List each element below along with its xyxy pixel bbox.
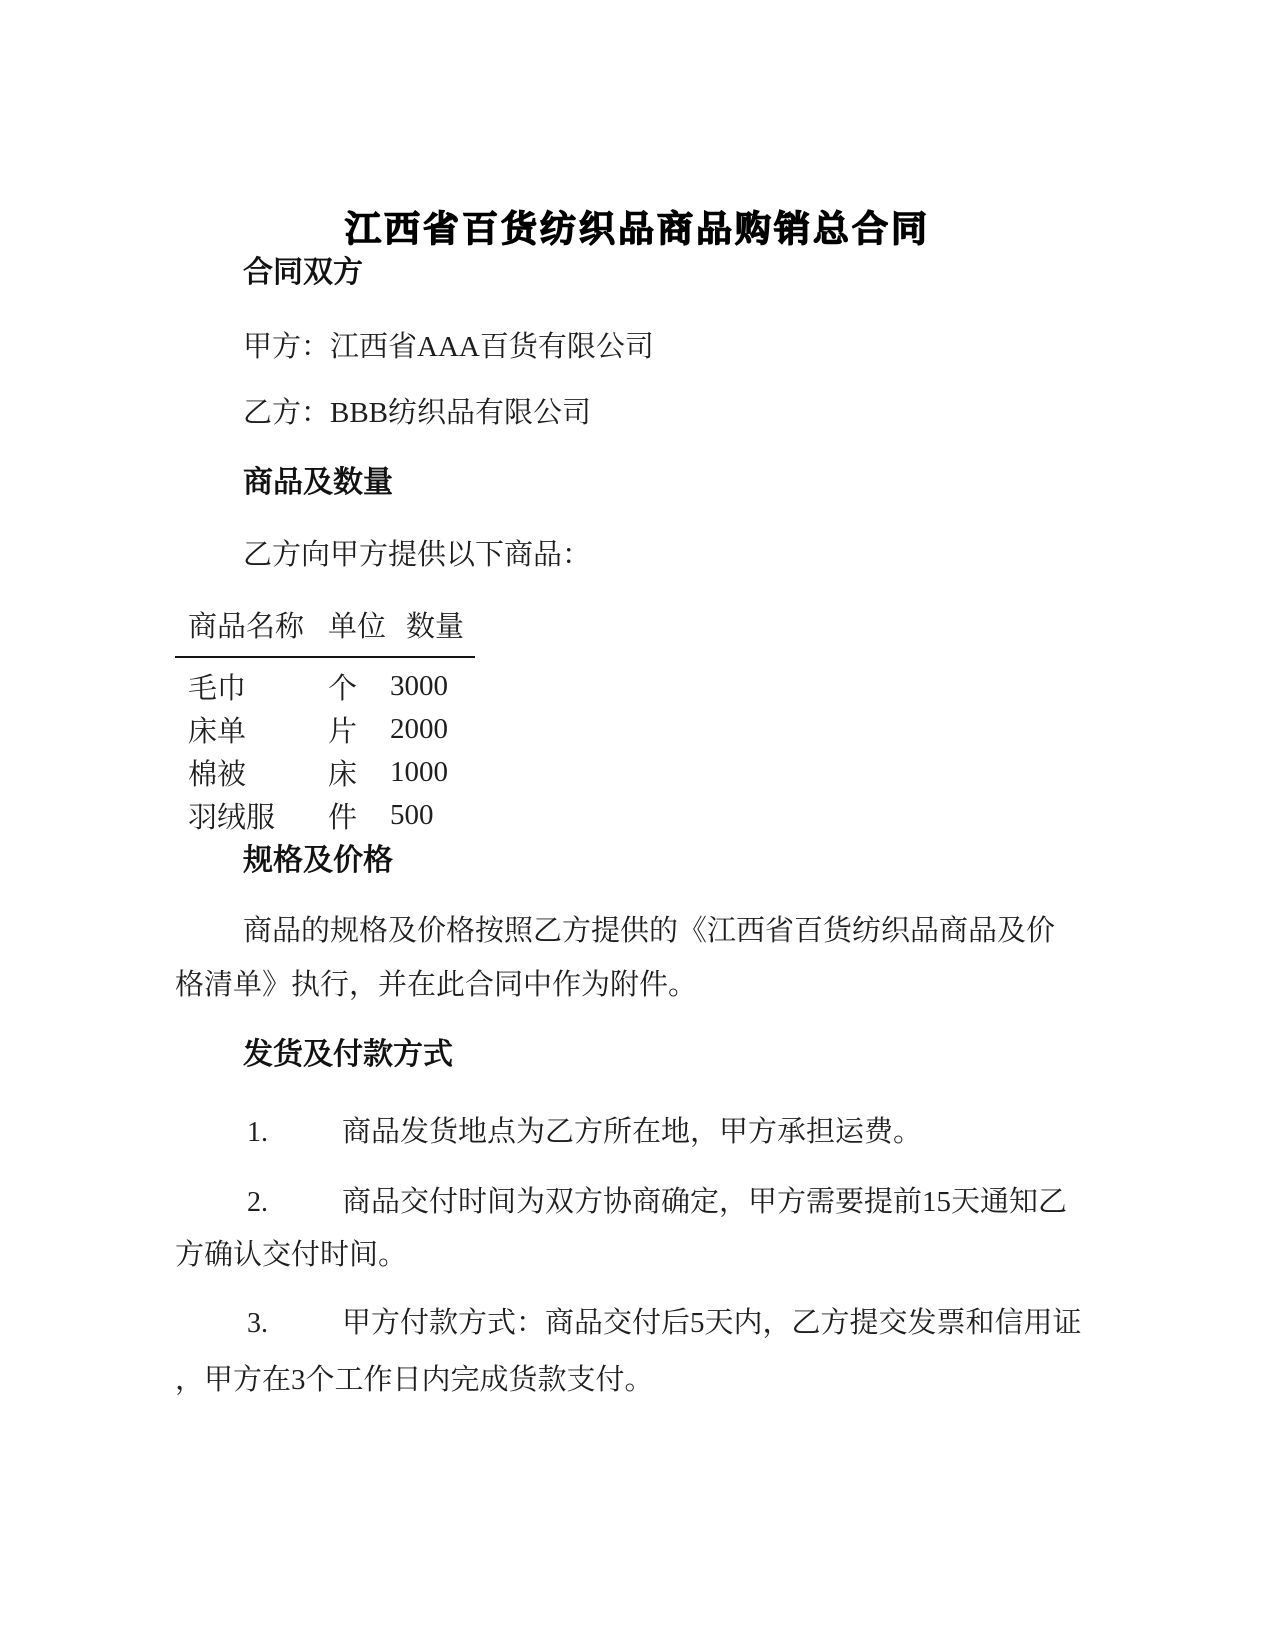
cell-unit: 床 (328, 751, 390, 794)
cell-product-name: 羽绒服 (175, 794, 328, 837)
cell-quantity: 2000 (390, 708, 475, 751)
list-item-3-number: 3. (247, 1307, 268, 1341)
section-heading-goods: 商品及数量 (243, 466, 393, 499)
goods-table-header-row: 商品名称 单位 数量 (175, 600, 475, 657)
cell-quantity: 500 (390, 794, 475, 837)
column-header-quantity: 数量 (390, 600, 475, 657)
cell-product-name: 床单 (175, 708, 328, 751)
list-item-2-continuation: 方确认交付时间。 (175, 1238, 407, 1273)
list-item-2-text: 商品交付时间为双方协商确定，甲方需要提前15天通知乙 (342, 1185, 1067, 1220)
goods-table: 商品名称 单位 数量 毛巾 个 3000 床单 片 2000 棉被 床 1000 (175, 600, 475, 837)
party-b-line: 乙方：BBB纺织品有限公司 (243, 396, 591, 431)
cell-quantity: 3000 (390, 657, 475, 708)
list-item-1-text: 商品发货地点为乙方所在地，甲方承担运费。 (342, 1115, 922, 1150)
specs-paragraph-line-2: 格清单》执行，并在此合同中作为附件。 (175, 968, 697, 1003)
list-item-1-number: 1. (247, 1116, 268, 1150)
cell-unit: 件 (328, 794, 390, 837)
section-heading-specs: 规格及价格 (243, 844, 393, 877)
contract-page: 江西省百货纺织品商品购销总合同 合同双方 甲方：江西省AAA百货有限公司 乙方：… (0, 0, 1275, 1650)
party-a-line: 甲方：江西省AAA百货有限公司 (243, 330, 654, 365)
table-row: 毛巾 个 3000 (175, 657, 475, 708)
cell-product-name: 毛巾 (175, 657, 328, 708)
cell-unit: 片 (328, 708, 390, 751)
cell-unit: 个 (328, 657, 390, 708)
goods-intro: 乙方向甲方提供以下商品： (243, 538, 591, 573)
column-header-unit: 单位 (328, 600, 390, 657)
section-heading-delivery: 发货及付款方式 (243, 1038, 453, 1071)
cell-quantity: 1000 (390, 751, 475, 794)
section-heading-parties: 合同双方 (243, 256, 363, 289)
table-row: 羽绒服 件 500 (175, 794, 475, 837)
document-title: 江西省百货纺织品商品购销总合同 (0, 201, 1275, 252)
table-row: 床单 片 2000 (175, 708, 475, 751)
list-item-3-text: 甲方付款方式：商品交付后5天内，乙方提交发票和信用证 (342, 1306, 1082, 1341)
list-item-2-number: 2. (247, 1186, 268, 1220)
specs-paragraph-line-1: 商品的规格及价格按照乙方提供的《江西省百货纺织品商品及价 (243, 914, 1055, 949)
cell-product-name: 棉被 (175, 751, 328, 794)
table-row: 棉被 床 1000 (175, 751, 475, 794)
list-item-3-continuation: ，甲方在3个工作日内完成货款支付。 (175, 1363, 654, 1398)
column-header-product-name: 商品名称 (175, 600, 328, 657)
